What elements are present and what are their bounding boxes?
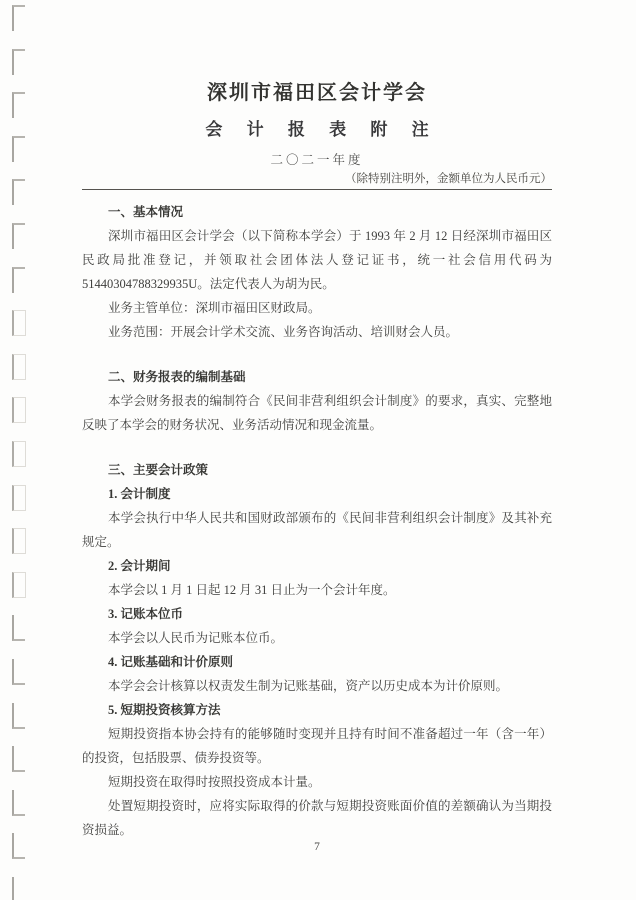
paragraph: 业务主管单位：深圳市福田区财政局。 bbox=[82, 296, 552, 320]
binding-strip bbox=[0, 0, 40, 900]
paragraph: 短期投资在取得时按照投资成本计量。 bbox=[82, 770, 552, 794]
paragraph: 本学会会计核算以权责发生制为记账基础，资产以历史成本为计价原则。 bbox=[82, 674, 552, 698]
paragraph: 深圳市福田区会计学会（以下简称本学会）于 1993 年 2 月 12 日经深圳市… bbox=[82, 224, 552, 296]
binding-mark bbox=[12, 572, 26, 598]
document-content: 深圳市福田区会计学会 会 计 报 表 附 注 二〇二一年度 （除特别注明外，金额… bbox=[82, 80, 552, 842]
subsection-heading: 4. 记账基础和计价原则 bbox=[82, 650, 552, 674]
doc-period: 二〇二一年度 bbox=[82, 152, 552, 168]
paragraph: 业务范围：开展会计学术交流、业务咨询活动、培训财会人员。 bbox=[82, 320, 552, 344]
subsection-heading: 2. 会计期间 bbox=[82, 554, 552, 578]
unit-note-divider: （除特别注明外，金额单位为人民币元） bbox=[82, 169, 552, 190]
binding-mark bbox=[12, 310, 26, 336]
page-number: 7 bbox=[82, 841, 552, 853]
section-heading: 二、财务报表的编制基础 bbox=[82, 365, 552, 389]
section-heading: 三、主要会计政策 bbox=[82, 458, 552, 482]
scanned-document-page: 深圳市福田区会计学会 会 计 报 表 附 注 二〇二一年度 （除特别注明外，金额… bbox=[0, 0, 636, 900]
binding-mark bbox=[12, 354, 26, 380]
binding-mark bbox=[12, 179, 25, 205]
binding-mark bbox=[12, 267, 25, 293]
paragraph: 本学会以 1 月 1 日起 12 月 31 日止为一个会计年度。 bbox=[82, 578, 552, 602]
binding-mark bbox=[12, 615, 25, 641]
paragraph: 本学会财务报表的编制符合《民间非营利组织会计制度》的要求，真实、完整地反映了本学… bbox=[82, 389, 552, 437]
subsection-heading: 5. 短期投资核算方法 bbox=[82, 698, 552, 722]
document-body: 一、基本情况 深圳市福田区会计学会（以下简称本学会）于 1993 年 2 月 1… bbox=[82, 200, 552, 842]
binding-mark bbox=[12, 92, 25, 118]
paragraph: 短期投资指本协会持有的能够随时变现并且持有时间不准备超过一年（含一年）的投资，包… bbox=[82, 722, 552, 770]
binding-mark bbox=[12, 703, 25, 729]
unit-note: （除特别注明外，金额单位为人民币元） bbox=[345, 173, 552, 185]
paragraph: 处置短期投资时，应将实际取得的价款与短期投资账面价值的差额确认为当期投资损益。 bbox=[82, 794, 552, 842]
subsection-heading: 3. 记账本位币 bbox=[82, 602, 552, 626]
binding-mark bbox=[12, 528, 26, 554]
section-heading: 一、基本情况 bbox=[82, 200, 552, 224]
binding-mark bbox=[12, 746, 25, 772]
doc-subtitle: 会 计 报 表 附 注 bbox=[82, 118, 552, 142]
binding-mark bbox=[12, 223, 25, 249]
binding-mark bbox=[12, 485, 26, 511]
binding-mark bbox=[12, 790, 25, 816]
paragraph: 本学会执行中华人民共和国财政部颁布的《民间非营利组织会计制度》及其补充规定。 bbox=[82, 506, 552, 554]
binding-mark bbox=[12, 397, 26, 423]
paragraph: 本学会以人民币为记账本位币。 bbox=[82, 626, 552, 650]
subsection-heading: 1. 会计制度 bbox=[82, 482, 552, 506]
binding-mark bbox=[12, 833, 25, 859]
binding-mark bbox=[12, 877, 25, 900]
binding-mark bbox=[12, 49, 25, 75]
binding-mark bbox=[12, 659, 25, 685]
doc-title: 深圳市福田区会计学会 bbox=[82, 80, 552, 106]
binding-mark bbox=[12, 441, 26, 467]
binding-mark bbox=[12, 136, 25, 162]
binding-mark bbox=[12, 5, 25, 31]
